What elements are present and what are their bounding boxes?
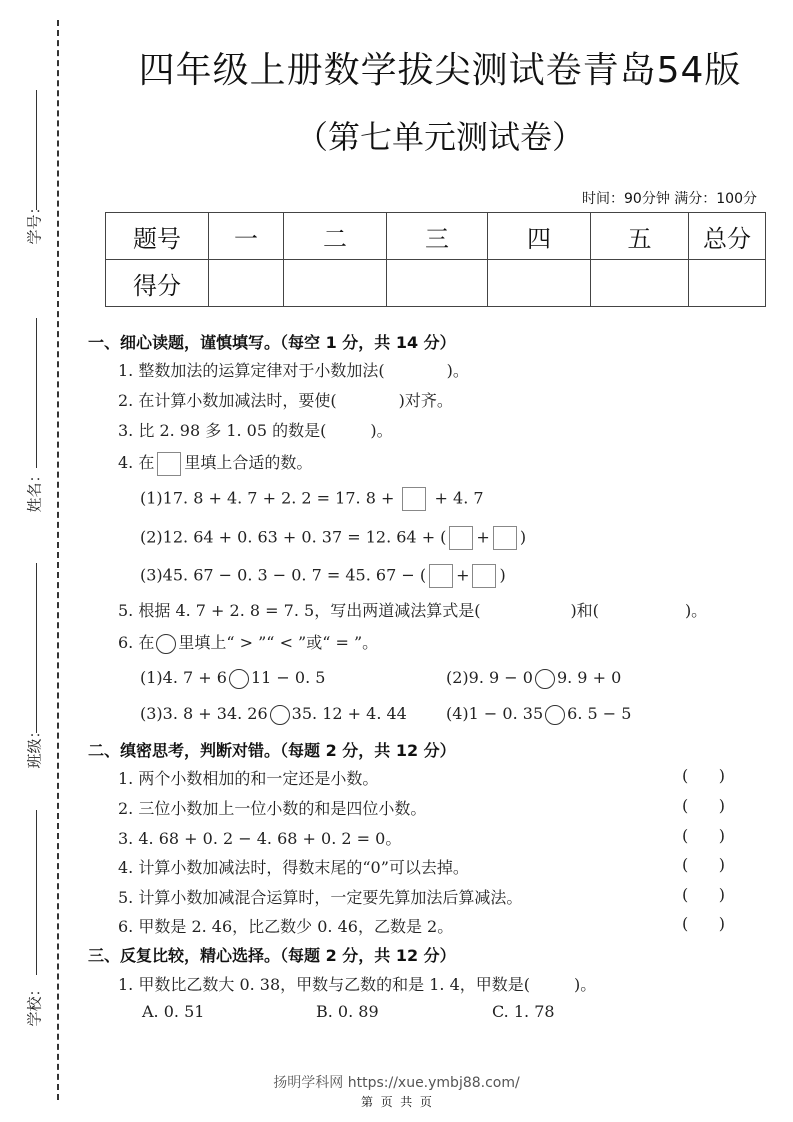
equation-text: (2)12. 64 + 0. 63 + 0. 37 = 12. 64 + (	[140, 528, 446, 547]
plus-sign: +	[456, 566, 469, 585]
school-line[interactable]	[36, 810, 37, 975]
page-number: 第 页 共 页	[0, 1093, 793, 1110]
circle-icon	[156, 634, 176, 654]
table-cell: 总分	[689, 213, 766, 260]
score-input-cell[interactable]	[284, 260, 387, 307]
equation-text: (1)17. 8 + 4. 7 + 2. 2 = 17. 8 +	[140, 489, 399, 508]
expression-text: (3)3. 8 + 34. 26	[140, 704, 268, 723]
expression-text: 11 − 0. 5	[251, 668, 325, 687]
answer-box[interactable]	[472, 564, 496, 588]
class-line[interactable]	[36, 563, 37, 733]
s2-item-5: 5. 计算小数加减混合运算时，一定要先算加法后算减法。	[118, 885, 522, 908]
student-id-label: 学号：	[24, 205, 45, 245]
s3-question-1: 1. 甲数比乙数大 0. 38，甲数与乙数的和是 1. 4，甲数是()。	[118, 972, 596, 995]
s1-question-6: 6. 在里填上“ > ”“ < ”或“ = ”。	[118, 630, 378, 654]
s1-question-2: 2. 在计算小数加减法时，要使()对齐。	[118, 388, 453, 411]
expression-text: 35. 12 + 4. 44	[292, 704, 407, 723]
student-id-line[interactable]	[36, 90, 37, 210]
s1-q6-item-4: (4)1 − 0. 356. 5 − 5	[446, 704, 631, 725]
s2-item-2: 2. 三位小数加上一位小数的和是四位小数。	[118, 796, 426, 819]
s1-question-3: 3. 比 2. 98 多 1. 05 的数是()。	[118, 418, 393, 441]
s1-q4-item-1: (1)17. 8 + 4. 7 + 2. 2 = 17. 8 + + 4. 7	[140, 487, 484, 511]
expression-text: 6. 5 − 5	[567, 704, 631, 723]
question-text: 3. 比 2. 98 多 1. 05 的数是(	[118, 421, 326, 440]
question-text: )。	[574, 975, 596, 994]
s1-q6-item-2: (2)9. 9 − 09. 9 + 0	[446, 668, 621, 689]
expression-text: (4)1 − 0. 35	[446, 704, 543, 723]
judge-answer-blank[interactable]: ( )	[682, 826, 725, 845]
option-b[interactable]: B. 0. 89	[316, 1002, 379, 1021]
answer-circle[interactable]	[535, 669, 555, 689]
question-text: )对齐。	[399, 391, 453, 410]
score-input-cell[interactable]	[488, 260, 591, 307]
judge-answer-blank[interactable]: ( )	[682, 855, 725, 874]
question-text: 1. 甲数比乙数大 0. 38，甲数与乙数的和是 1. 4，甲数是(	[118, 975, 530, 994]
question-text: )和(	[570, 601, 599, 620]
score-table-header-row: 题号 一 二 三 四 五 总分	[106, 213, 766, 260]
school-label: 学校：	[24, 987, 45, 1027]
table-cell: 一	[209, 213, 284, 260]
question-text: )。	[447, 361, 469, 380]
question-text: 6. 在	[118, 633, 154, 652]
table-cell: 五	[591, 213, 689, 260]
equation-text: + 4. 7	[429, 489, 483, 508]
question-text: 4. 在	[118, 453, 154, 472]
name-line[interactable]	[36, 318, 37, 468]
table-cell: 题号	[106, 213, 209, 260]
table-cell: 三	[387, 213, 488, 260]
score-input-cell[interactable]	[689, 260, 766, 307]
s2-item-1: 1. 两个小数相加的和一定还是小数。	[118, 766, 378, 789]
equation-text: )	[520, 528, 526, 547]
square-box-icon	[157, 452, 181, 476]
s2-item-6: 6. 甲数是 2. 46，比乙数少 0. 46，乙数是 2。	[118, 914, 453, 937]
class-label: 班级：	[24, 729, 45, 769]
s1-q4-item-2: (2)12. 64 + 0. 63 + 0. 37 = 12. 64 + (+)	[140, 526, 526, 550]
table-cell: 得分	[106, 260, 209, 307]
cut-line	[57, 20, 59, 1100]
table-cell: 四	[488, 213, 591, 260]
judge-answer-blank[interactable]: ( )	[682, 885, 725, 904]
answer-box[interactable]	[493, 526, 517, 550]
question-text: 里填上合适的数。	[184, 453, 312, 472]
watermark: 扬明学科网 https://xue.ymbj88.com/	[0, 1072, 793, 1092]
answer-circle[interactable]	[270, 705, 290, 725]
equation-text: (3)45. 67 − 0. 3 − 0. 7 = 45. 67 − (	[140, 566, 426, 585]
equation-text: )	[499, 566, 505, 585]
table-cell: 二	[284, 213, 387, 260]
answer-box[interactable]	[402, 487, 426, 511]
score-input-cell[interactable]	[209, 260, 284, 307]
question-text: )。	[685, 601, 707, 620]
s1-question-5: 5. 根据 4. 7 + 2. 8 = 7. 5，写出两道减法算式是()和()。	[118, 598, 707, 621]
exam-meta: 时间：90分钟 满分：100分	[582, 188, 757, 208]
option-c[interactable]: C. 1. 78	[492, 1002, 555, 1021]
judge-answer-blank[interactable]: ( )	[682, 766, 725, 785]
name-label: 姓名：	[24, 473, 45, 513]
answer-box[interactable]	[429, 564, 453, 588]
answer-box[interactable]	[449, 526, 473, 550]
page-title: 四年级上册数学拔尖测试卷青岛54版	[100, 42, 780, 93]
score-table-score-row: 得分	[106, 260, 766, 307]
section2-heading: 二、缜密思考，判断对错。（每题 2 分，共 12 分）	[88, 738, 456, 761]
s1-question-1: 1. 整数加法的运算定律对于小数加法()。	[118, 358, 469, 381]
answer-circle[interactable]	[229, 669, 249, 689]
s1-q6-item-1: (1)4. 7 + 611 − 0. 5	[140, 668, 325, 689]
judge-answer-blank[interactable]: ( )	[682, 914, 725, 933]
judge-answer-blank[interactable]: ( )	[682, 796, 725, 815]
expression-text: (2)9. 9 − 0	[446, 668, 533, 687]
s2-item-4: 4. 计算小数加减法时，得数末尾的“0”可以去掉。	[118, 855, 469, 878]
s1-q6-item-3: (3)3. 8 + 34. 2635. 12 + 4. 44	[140, 704, 407, 725]
plus-sign: +	[476, 528, 489, 547]
s1-q4-item-3: (3)45. 67 − 0. 3 − 0. 7 = 45. 67 − (+)	[140, 564, 506, 588]
question-text: 5. 根据 4. 7 + 2. 8 = 7. 5，写出两道减法算式是(	[118, 601, 480, 620]
score-table: 题号 一 二 三 四 五 总分 得分	[105, 212, 766, 307]
s1-question-4: 4. 在里填上合适的数。	[118, 450, 312, 476]
question-text: 里填上“ > ”“ < ”或“ = ”。	[178, 633, 378, 652]
s2-item-3: 3. 4. 68 + 0. 2 − 4. 68 + 0. 2 = 0。	[118, 826, 401, 849]
score-input-cell[interactable]	[591, 260, 689, 307]
question-text: 2. 在计算小数加减法时，要使(	[118, 391, 337, 410]
page-subtitle: （第七单元测试卷）	[100, 112, 780, 158]
question-text: 1. 整数加法的运算定律对于小数加法(	[118, 361, 385, 380]
section3-heading: 三、反复比较，精心选择。（每题 2 分，共 12 分）	[88, 943, 456, 966]
answer-circle[interactable]	[545, 705, 565, 725]
section1-heading: 一、细心读题，谨慎填写。（每空 1 分，共 14 分）	[88, 330, 456, 353]
expression-text: 9. 9 + 0	[557, 668, 621, 687]
score-input-cell[interactable]	[387, 260, 488, 307]
question-text: )。	[370, 421, 392, 440]
option-a[interactable]: A. 0. 51	[142, 1002, 204, 1021]
expression-text: (1)4. 7 + 6	[140, 668, 227, 687]
